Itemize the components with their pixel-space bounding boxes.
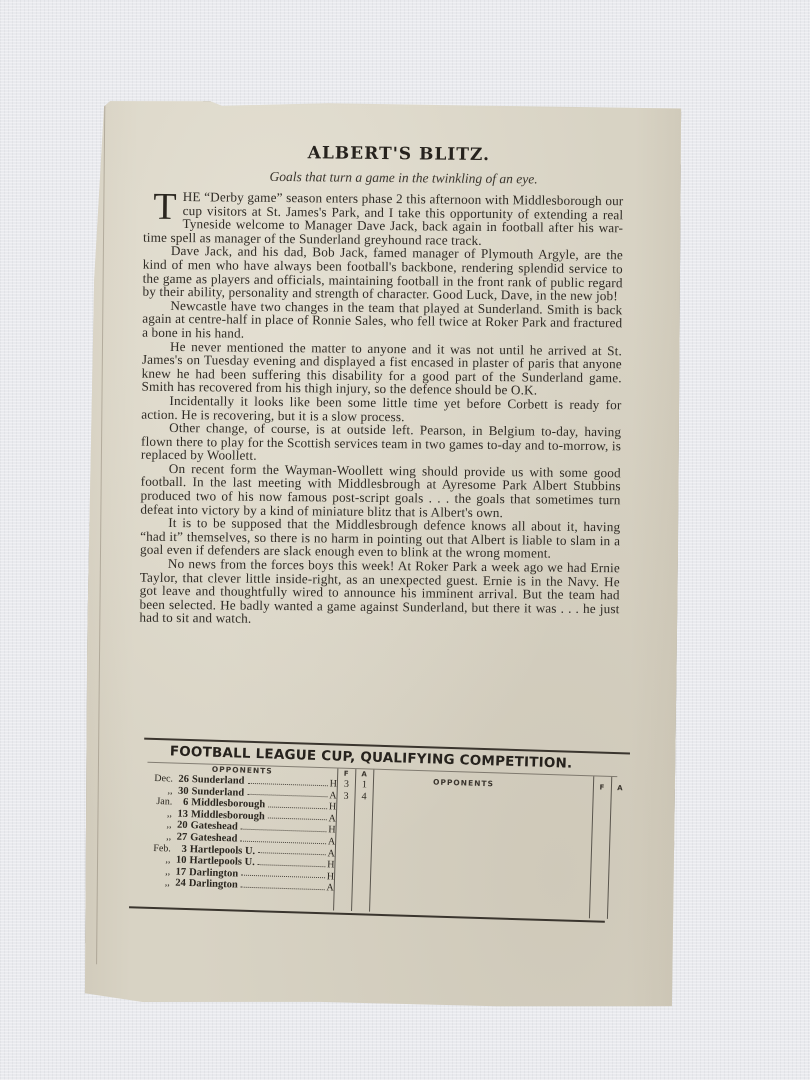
fixtures-right-column: OPPONENTS <box>370 770 593 919</box>
paragraph-1: THE “Derby game” season enters phase 2 t… <box>143 190 623 249</box>
goals-against <box>353 883 370 895</box>
fixture-month: Feb. <box>145 842 173 854</box>
paragraph-8: It is to be supposed that the Middlesbro… <box>140 516 620 561</box>
fixtures-table: FOOTBALL LEAGUE CUP, QUALIFYING COMPETIT… <box>143 738 630 924</box>
fixture-venue: H <box>326 871 334 883</box>
goals-for <box>335 883 352 895</box>
fixtures-left-column: OPPONENTS Dec.26SunderlandH,,30Sunderlan… <box>143 763 337 911</box>
fixture-opponent: Darlington <box>189 878 238 891</box>
fixture-venue: A <box>328 790 336 802</box>
goals-for <box>336 825 353 837</box>
paragraph-7: On recent form the Wayman-Woollett wing … <box>140 462 620 521</box>
paper-edge-fold <box>96 103 105 964</box>
goals-against <box>353 872 370 884</box>
dot-leader <box>241 868 325 878</box>
fixture-day: 30 <box>174 785 191 797</box>
fixture-month: ,, <box>145 831 173 843</box>
fixture-day: 17 <box>172 866 189 878</box>
fixtures-grid: OPPONENTS Dec.26SunderlandH,,30Sunderlan… <box>143 763 629 920</box>
dot-leader <box>247 787 328 797</box>
goals-against <box>355 802 372 814</box>
fixture-month: ,, <box>144 865 172 877</box>
paragraph-4: He never mentioned the matter to anyone … <box>142 339 622 398</box>
paragraph-2: Dave Jack, and his dad, Bob Jack, famed … <box>142 244 622 303</box>
goals-for <box>337 802 354 814</box>
fixture-venue: A <box>326 883 334 895</box>
goals-for <box>335 860 352 872</box>
for-header-right: F <box>594 782 611 793</box>
fixture-day: 20 <box>173 820 190 832</box>
fixture-day: 10 <box>172 855 189 867</box>
dot-leader <box>268 800 327 809</box>
goals-against <box>354 837 371 849</box>
article-body: THE “Derby game” season enters phase 2 t… <box>139 190 623 630</box>
goals-against <box>353 860 370 872</box>
dot-leader <box>258 846 326 856</box>
goals-for <box>336 837 353 849</box>
goals-for <box>337 813 354 825</box>
against-header-right: A <box>612 783 629 794</box>
fixture-venue: H <box>328 801 336 813</box>
fixture-day: 3 <box>173 843 190 855</box>
fixture-month: Dec. <box>147 773 175 785</box>
fixture-venue: H <box>326 859 334 871</box>
fixture-venue: A <box>327 836 335 848</box>
goals-for <box>335 871 352 883</box>
goals-against <box>354 849 371 861</box>
fixture-month: ,, <box>146 784 174 796</box>
dot-leader <box>240 834 326 844</box>
goals-for: 3 <box>337 790 354 802</box>
fixture-month: ,, <box>144 854 172 866</box>
fixture-venue: A <box>328 813 336 825</box>
goals-against <box>354 825 371 837</box>
fixture-day: 6 <box>174 797 191 809</box>
paragraph-9: No news from the forces boys this week! … <box>139 557 620 630</box>
fixture-day: 26 <box>175 774 192 786</box>
dot-leader <box>241 880 325 890</box>
fixture-month: Jan. <box>146 796 174 808</box>
against-column-right: A <box>608 777 629 919</box>
fixture-venue: A <box>327 848 335 860</box>
fixture-month: ,, <box>144 877 172 889</box>
dot-leader <box>258 857 326 867</box>
fixture-month: ,, <box>146 808 174 820</box>
programme-page: ALBERT'S BLITZ. Goals that turn a game i… <box>84 99 683 1010</box>
fixture-venue: H <box>327 825 335 837</box>
drop-cap: T <box>153 192 177 222</box>
fixture-day: 13 <box>174 808 191 820</box>
goals-against <box>355 814 372 826</box>
fixture-month: ,, <box>145 819 173 831</box>
opponents-header-right: OPPONENTS <box>334 774 593 792</box>
goals-for <box>336 848 353 860</box>
article-subtitle: Goals that turn a game in the twinkling … <box>184 168 624 188</box>
article-title: ALBERT'S BLITZ. <box>174 142 624 166</box>
goals-against: 4 <box>355 791 372 803</box>
article: ALBERT'S BLITZ. Goals that turn a game i… <box>139 142 624 630</box>
dot-leader <box>247 776 328 786</box>
paragraph-3: Newcastle have two changes in the team t… <box>142 298 622 343</box>
fixture-day: 27 <box>173 832 190 844</box>
dot-leader <box>268 811 327 820</box>
fixture-day: 24 <box>172 878 189 890</box>
paragraph-6: Other change, of course, is at outside l… <box>141 421 621 466</box>
dot-leader <box>241 822 327 832</box>
